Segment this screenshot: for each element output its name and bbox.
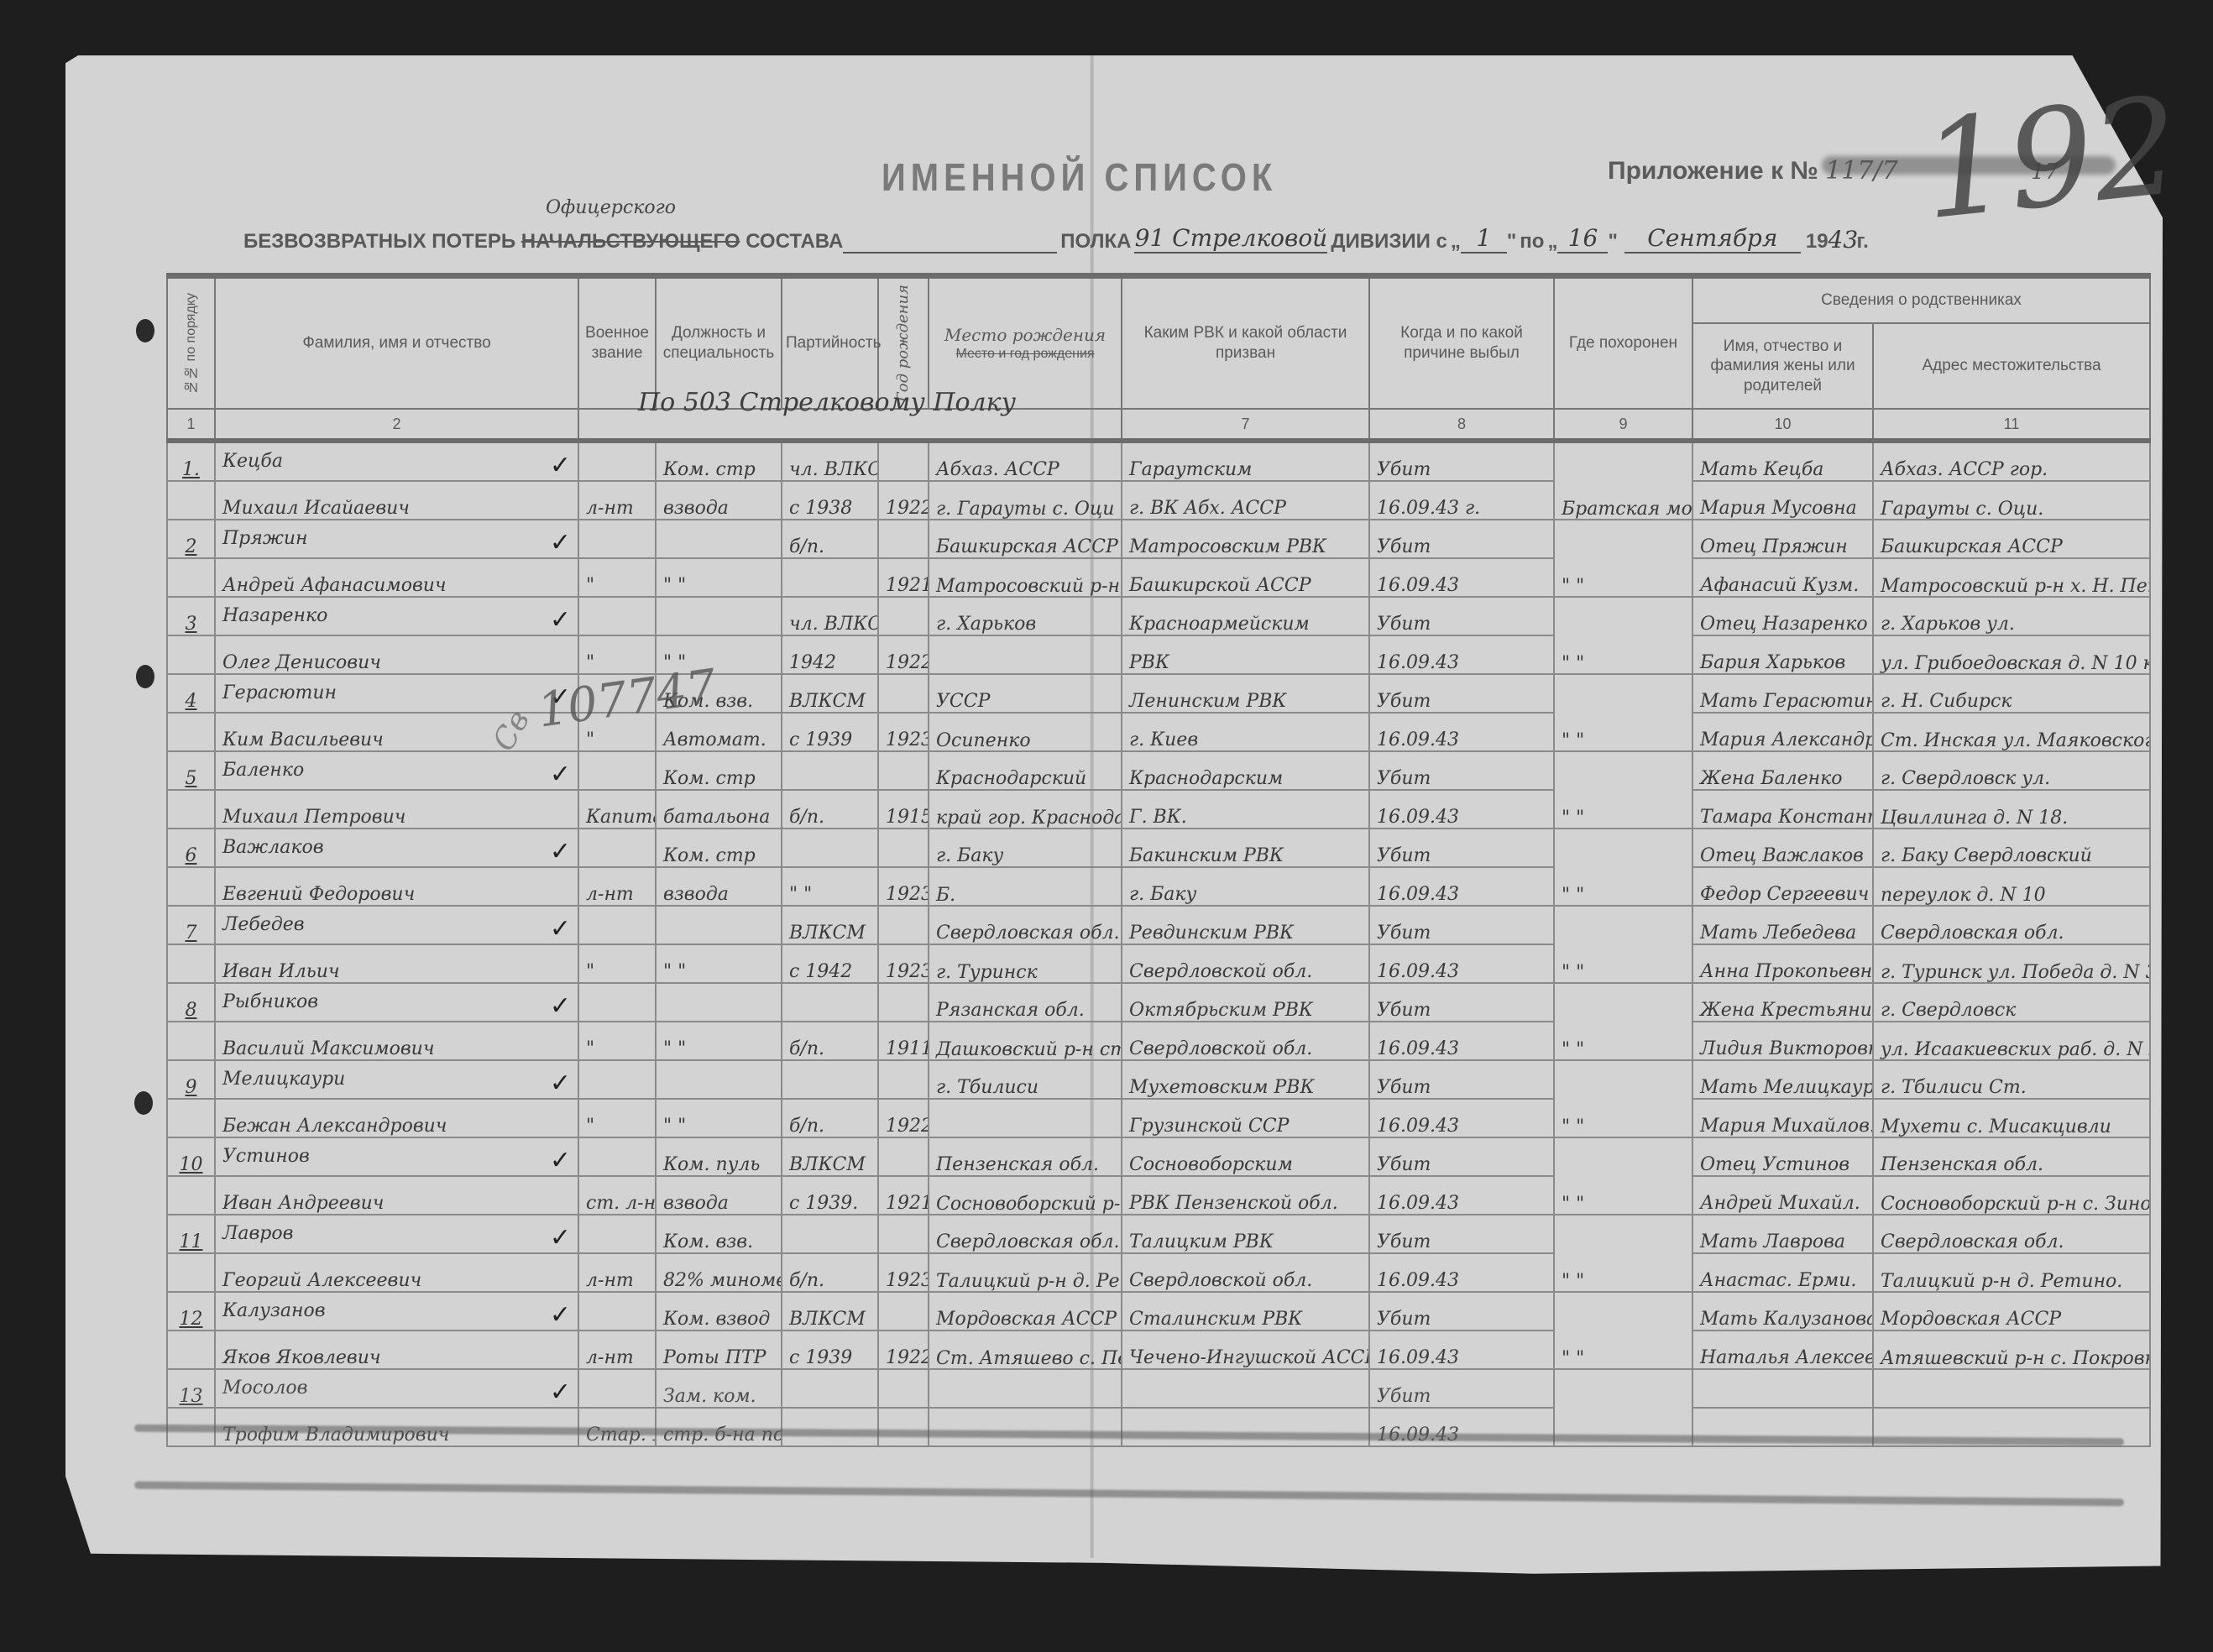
row-number: 5: [167, 751, 215, 790]
birthplace-cell: [929, 1408, 1122, 1446]
relative-cell: Мать Кецба: [1692, 441, 1873, 481]
address-cell: Мухети с. Мисакцивли: [1873, 1099, 2150, 1137]
annex-label: Приложение к №: [1608, 157, 1818, 185]
birth-year-cell: 1922: [878, 1330, 929, 1369]
relative-cell: Мать Калузанова: [1692, 1292, 1873, 1330]
table-row: 8РыбниковРязанская обл.Октябрьским РВКУб…: [167, 983, 2150, 1022]
given-name-cell: Георгий Алексеевич: [215, 1253, 578, 1292]
rvk-cell: Свердловской обл.: [1122, 1022, 1369, 1060]
buried-cell: " ": [1554, 1137, 1692, 1215]
address-cell: Талицкий р-н д. Ретино.: [1873, 1253, 2150, 1292]
surname-cell: Назаренко: [215, 597, 578, 635]
rvk-cell: Свердловской обл.: [1122, 944, 1369, 983]
party-cell: б/п.: [782, 520, 878, 558]
birth-year-cell: [878, 1060, 929, 1099]
party-cell: чл. ВЛКСМ: [782, 441, 878, 481]
rank-cell: ": [578, 1022, 656, 1060]
birth-year-cell: [878, 1215, 929, 1253]
date-to: 16: [1557, 224, 1608, 254]
table-row-continued: Олег Денисович"" "19421922РВК16.09.43Бар…: [167, 635, 2150, 674]
position-cell: " ": [656, 1099, 782, 1137]
inserted-word: Офицерского: [546, 197, 676, 218]
table-row-continued: Иван Ильич"" "с 19421923г. ТуринскСвердл…: [167, 944, 2150, 983]
birth-year-cell: [878, 1137, 929, 1176]
birthplace-cell: УССР: [929, 674, 1122, 713]
position-cell: " ": [656, 558, 782, 597]
relative-cell: Мария Мусовна: [1692, 481, 1873, 520]
birth-year-cell: [878, 597, 929, 635]
surname-cell: Герасютин: [215, 674, 578, 713]
party-cell: ВЛКСМ: [782, 674, 878, 713]
relative-cell: Жена Баленко: [1692, 751, 1873, 790]
when-cell: Убит: [1369, 829, 1554, 867]
address-cell: Башкирская АССР: [1873, 520, 2150, 558]
relative-cell: Афанасий Кузм.: [1692, 558, 1873, 597]
birth-year-cell: 1922: [878, 481, 929, 520]
birth-year-cell: [878, 751, 929, 790]
relative-cell: Лидия Викторовна: [1692, 1022, 1873, 1060]
address-cell: Цвиллинга д. N 18.: [1873, 790, 2150, 829]
year-suffix: 43: [1828, 226, 1857, 254]
birth-year-cell: [878, 520, 929, 558]
division-field: 91 Стрелковой: [1134, 224, 1327, 254]
position-cell: стр. б-на по п/ч.: [656, 1408, 782, 1446]
birth-year-cell: 1915: [878, 790, 929, 829]
birth-year-cell: [878, 983, 929, 1022]
rvk-cell: Мухетовским РВК: [1122, 1060, 1369, 1099]
birth-year-cell: 1923: [878, 1253, 929, 1292]
table-row: 1.КецбаКом. стрчл. ВЛКСМАбхаз. АССРГарау…: [167, 441, 2150, 481]
address-cell: г. Н. Сибирск: [1873, 674, 2150, 713]
birthplace-cell: Свердловская обл.: [929, 906, 1122, 944]
position-cell: Ком. стр: [656, 829, 782, 867]
address-cell: Пензенская обл.: [1873, 1137, 2150, 1176]
birthplace-cell: г. Гарауты с. Оци: [929, 481, 1122, 520]
birthplace-cell: Дашковский р-н стрелецкие в/с: [929, 1022, 1122, 1060]
party-cell: с 1939: [782, 713, 878, 751]
birthplace-cell: Рязанская обл.: [929, 983, 1122, 1022]
party-cell: [782, 1369, 878, 1408]
given-name-cell: Иван Андреевич: [215, 1176, 578, 1215]
table-row: 4ГерасютинКом. взв.ВЛКСМУССРЛенинским РВ…: [167, 674, 2150, 713]
rvk-cell: РВК Пензенской обл.: [1122, 1176, 1369, 1215]
address-cell: Свердловская обл.: [1873, 906, 2150, 944]
address-cell: г. Баку Свердловский: [1873, 829, 2150, 867]
table-row-continued: Георгий Алексеевичл-нт82% минометн.б/п.1…: [167, 1253, 2150, 1292]
party-cell: ВЛКСМ: [782, 1137, 878, 1176]
party-cell: ВЛКСМ: [782, 1292, 878, 1330]
table-row-continued: Евгений Федоровичл-нтвзвода" "1923Б.г. Б…: [167, 867, 2150, 906]
relative-cell: Отец Важлаков: [1692, 829, 1873, 867]
address-cell: Атяшевский р-н с. Покровка: [1873, 1330, 2150, 1369]
surname-cell: Лебедев: [215, 906, 578, 944]
col-num-10: 10: [1692, 409, 1873, 441]
relative-cell: Мать Лебедева: [1692, 906, 1873, 944]
table-row: 11ЛавровКом. взв.Свердловская обл.Талицк…: [167, 1215, 2150, 1253]
buried-cell: " ": [1554, 520, 1692, 597]
rank-cell: [578, 597, 656, 635]
document-title: ИМЕННОЙ СПИСОК: [882, 157, 1277, 201]
position-cell: Ком. стр: [656, 441, 782, 481]
position-cell: Ком. пуль: [656, 1137, 782, 1176]
rvk-cell: Башкирской АССР: [1122, 558, 1369, 597]
relative-cell: Жена Крестьянинова: [1692, 983, 1873, 1022]
surname-cell: Устинов: [215, 1137, 578, 1176]
rvk-cell: Сосновоборским: [1122, 1137, 1369, 1176]
table-row: 3Назаренкочл. ВЛКСМг. ХарьковКрасноармей…: [167, 597, 2150, 635]
table-row: 13МосоловЗам. ком.Убит: [167, 1369, 2150, 1408]
rank-cell: [578, 906, 656, 944]
row-number: 13: [167, 1369, 215, 1408]
birth-year-cell: 1911: [878, 1022, 929, 1060]
rank-cell: [578, 829, 656, 867]
rvk-cell: Сталинским РВК: [1122, 1292, 1369, 1330]
position-cell: [656, 1060, 782, 1099]
table-row: 10УстиновКом. пульВЛКСМПензенская обл.Со…: [167, 1137, 2150, 1176]
rank-cell: л-нт: [578, 481, 656, 520]
header-buried: Где похоронен: [1554, 276, 1692, 410]
relative-cell: Анастас. Ерми.: [1692, 1253, 1873, 1292]
table-row-continued: Яков Яковлевичл-нтРоты ПТРс 19391922Ст. …: [167, 1330, 2150, 1369]
address-cell: г. Харьков ул.: [1873, 597, 2150, 635]
row-number: 2: [167, 520, 215, 558]
buried-cell: " ": [1554, 751, 1692, 829]
birthplace-cell: Краснодарский: [929, 751, 1122, 790]
row-number: 6: [167, 829, 215, 867]
buried-cell: " ": [1554, 829, 1692, 906]
position-cell: Зам. ком.: [656, 1369, 782, 1408]
rank-cell: [578, 751, 656, 790]
party-cell: [782, 1060, 878, 1099]
rank-cell: [578, 1215, 656, 1253]
rank-cell: л-нт: [578, 1253, 656, 1292]
birth-year-cell: [878, 906, 929, 944]
table-row: 12КалузановКом. взводВЛКСММордовская АСС…: [167, 1292, 2150, 1330]
address-cell: г. Тбилиси Ст.: [1873, 1060, 2150, 1099]
col-num-11: 11: [1873, 409, 2150, 441]
rvk-cell: Гараутским: [1122, 441, 1369, 481]
table-row: 2Пряжинб/п.Башкирская АССРМатросовским Р…: [167, 520, 2150, 558]
buried-cell: " ": [1554, 1292, 1692, 1369]
header-address: Адрес местожительства: [1873, 323, 2150, 409]
surname-cell: Баленко: [215, 751, 578, 790]
rank-cell: л-нт: [578, 867, 656, 906]
regiment-label: ПОЛКА: [1060, 230, 1131, 254]
buried-cell: " ": [1554, 597, 1692, 674]
rank-cell: Капитан: [578, 790, 656, 829]
buried-cell: " ": [1554, 906, 1692, 983]
party-cell: чл. ВЛКСМ: [782, 597, 878, 635]
position-cell: Ком. взвод: [656, 1292, 782, 1330]
rank-cell: ": [578, 1099, 656, 1137]
rank-cell: ": [578, 944, 656, 983]
losses-table: №№ по порядку Фамилия, имя и отчество Во…: [166, 273, 2151, 1447]
party-cell: б/п.: [782, 1022, 878, 1060]
position-cell: [656, 520, 782, 558]
when-cell: Убит: [1369, 906, 1554, 944]
party-cell: б/п.: [782, 1253, 878, 1292]
rank-cell: [578, 1060, 656, 1099]
rank-cell: [578, 1137, 656, 1176]
table-row-continued: Иван Андреевичст. л-нтвзводас 1939.1921С…: [167, 1176, 2150, 1215]
punch-hole: [136, 665, 154, 688]
party-cell: с 1938: [782, 481, 878, 520]
address-cell: переулок д. N 10: [1873, 867, 2150, 906]
party-cell: [782, 983, 878, 1022]
birthplace-cell: г. Баку: [929, 829, 1122, 867]
rvk-cell: Г. ВК.: [1122, 790, 1369, 829]
row-number: 9: [167, 1060, 215, 1099]
when-cell: 16.09.43: [1369, 1253, 1554, 1292]
birth-year-cell: [878, 674, 929, 713]
rvk-cell: Талицким РВК: [1122, 1215, 1369, 1253]
relative-cell: Отец Устинов: [1692, 1137, 1873, 1176]
rank-cell: ": [578, 558, 656, 597]
address-cell: Матросовский р-н х. Н. Петровка.: [1873, 558, 2150, 597]
birthplace-cell: г. Тбилиси: [929, 1060, 1122, 1099]
when-cell: 16.09.43: [1369, 944, 1554, 983]
row-number-blank: [167, 635, 215, 674]
position-cell: [656, 597, 782, 635]
when-cell: Убит: [1369, 1060, 1554, 1099]
subtitle-prefix: БЕЗВОЗВРАТНЫХ ПОТЕРЬ: [243, 230, 515, 254]
birthplace-cell: Талицкий р-н д. Ретино: [929, 1253, 1122, 1292]
party-cell: [782, 1215, 878, 1253]
row-number: 1.: [167, 441, 215, 481]
party-cell: с 1939.: [782, 1176, 878, 1215]
address-cell: Абхаз. АССР гор.: [1873, 441, 2150, 481]
date-from: 1: [1461, 224, 1507, 254]
header-name: Фамилия, имя и отчество: [215, 276, 578, 410]
row-number: 3: [167, 597, 215, 635]
table-row: 7ЛебедевВЛКСМСвердловская обл.Ревдинским…: [167, 906, 2150, 944]
when-cell: 16.09.43 г.: [1369, 481, 1554, 520]
birthplace-cell: [929, 635, 1122, 674]
party-cell: б/п.: [782, 790, 878, 829]
when-cell: Убит: [1369, 520, 1554, 558]
rank-cell: [578, 1369, 656, 1408]
rvk-cell: г. Баку: [1122, 867, 1369, 906]
birth-year-cell: [878, 829, 929, 867]
relative-cell: Федор Сергеевич: [1692, 867, 1873, 906]
relative-cell: Анна Прокопьевна: [1692, 944, 1873, 983]
position-cell: Ком. стр: [656, 751, 782, 790]
surname-cell: Важлаков: [215, 829, 578, 867]
party-cell: [782, 829, 878, 867]
division-label: ДИВИЗИИ с: [1331, 230, 1447, 254]
document-subtitle: БЕЗВОЗВРАТНЫХ ПОТЕРЬ НАЧАЛЬСТВУЮЩЕГО СОС…: [243, 220, 2132, 254]
buried-cell: " ": [1554, 1060, 1692, 1137]
address-cell: г. Свердловск ул.: [1873, 751, 2150, 790]
given-name-cell: Евгений Федорович: [215, 867, 578, 906]
when-cell: 16.09.43: [1369, 635, 1554, 674]
row-number-blank: [167, 1253, 215, 1292]
relative-cell: Андрей Михайл.: [1692, 1176, 1873, 1215]
relative-cell: Отец Назаренко: [1692, 597, 1873, 635]
table-row-continued: Михаил Исайаевичл-нтвзводас 19381922г. Г…: [167, 481, 2150, 520]
given-name-cell: Бежан Александрович: [215, 1099, 578, 1137]
table-row-continued: Михаил ПетровичКапитанбатальонаб/п.1915к…: [167, 790, 2150, 829]
address-cell: Гарауты с. Оци.: [1873, 481, 2150, 520]
relative-cell: Мать Мелицкаури: [1692, 1060, 1873, 1099]
address-cell: г. Свердловск: [1873, 983, 2150, 1022]
month-field: Сентября: [1624, 224, 1801, 254]
when-cell: Убит: [1369, 1137, 1554, 1176]
rvk-cell: г. Киев: [1122, 713, 1369, 751]
row-number-blank: [167, 867, 215, 906]
when-cell: Убит: [1369, 1215, 1554, 1253]
position-cell: [656, 906, 782, 944]
relative-cell: Мать Лаврова: [1692, 1215, 1873, 1253]
given-name-cell: Михаил Петрович: [215, 790, 578, 829]
position-cell: Ком. взв.: [656, 1215, 782, 1253]
birthplace-cell: г. Туринск: [929, 944, 1122, 983]
col-num-7: 7: [1122, 409, 1369, 441]
rvk-cell: Октябрьским РВК: [1122, 983, 1369, 1022]
when-cell: Убит: [1369, 751, 1554, 790]
birth-year-cell: 1921: [878, 558, 929, 597]
col-num-2: 2: [215, 409, 578, 441]
birthplace-cell: Свердловская обл.: [929, 1215, 1122, 1253]
surname-cell: Мосолов: [215, 1369, 578, 1408]
when-cell: 16.09.43: [1369, 558, 1554, 597]
relative-cell: Наталья Алексеев.: [1692, 1330, 1873, 1369]
birthplace-cell: Ст. Атяшево с. Петровка: [929, 1330, 1122, 1369]
position-cell: взвода: [656, 481, 782, 520]
birthplace-cell: край гор. Краснодар.: [929, 790, 1122, 829]
row-number-blank: [167, 713, 215, 751]
subtitle-struck: НАЧАЛЬСТВУЮЩЕГО: [521, 230, 740, 254]
position-cell: " ": [656, 944, 782, 983]
birth-year-cell: [878, 441, 929, 481]
header-when: Когда и по какой причине выбыл: [1369, 276, 1554, 410]
birth-year-cell: 1922: [878, 635, 929, 674]
rvk-cell: Свердловской обл.: [1122, 1253, 1369, 1292]
position-cell: 82% минометн.: [656, 1253, 782, 1292]
annex-number: 117/7: [1825, 156, 1897, 186]
rvk-cell: Грузинской ССР: [1122, 1099, 1369, 1137]
position-cell: " ": [656, 1022, 782, 1060]
birth-year-cell: [878, 1292, 929, 1330]
row-number-blank: [167, 481, 215, 520]
rank-cell: [578, 1292, 656, 1330]
rank-cell: [578, 441, 656, 481]
birthplace-cell: [929, 1369, 1122, 1408]
when-cell: Убит: [1369, 1369, 1554, 1408]
buried-cell: Братская могила в центр. село Екатеринов…: [1554, 441, 1692, 520]
position-cell: батальона: [656, 790, 782, 829]
birth-year-cell: 1921: [878, 1176, 929, 1215]
rvk-cell: Ленинским РВК: [1122, 674, 1369, 713]
row-number: 4: [167, 674, 215, 713]
subtitle-suffix: СОСТАВА: [746, 230, 843, 254]
birth-year-cell: 1923: [878, 713, 929, 751]
birthplace-cell: Башкирская АССР: [929, 520, 1122, 558]
punch-hole: [134, 1091, 153, 1115]
given-name-cell: Андрей Афанасимович: [215, 558, 578, 597]
given-name-cell: Иван Ильич: [215, 944, 578, 983]
party-cell: [782, 1408, 878, 1446]
rvk-cell: РВК: [1122, 635, 1369, 674]
party-cell: с 1939: [782, 1330, 878, 1369]
table-row-continued: Василий Максимович"" "б/п.1911Дашковский…: [167, 1022, 2150, 1060]
address-cell: Мордовская АССР: [1873, 1292, 2150, 1330]
year-end: г.: [1857, 230, 1869, 254]
birthplace-cell: Пензенская обл.: [929, 1137, 1122, 1176]
when-cell: 16.09.43: [1369, 790, 1554, 829]
position-cell: [656, 983, 782, 1022]
year-prefix: 19: [1806, 230, 1828, 254]
rvk-cell: Красноармейским: [1122, 597, 1369, 635]
row-number-blank: [167, 1330, 215, 1369]
table-row: 5БаленкоКом. стрКраснодарскийКраснодарск…: [167, 751, 2150, 790]
surname-cell: Лавров: [215, 1215, 578, 1253]
table-row-continued: Ким Васильевич"Автомат.с 19391923Осипенк…: [167, 713, 2150, 751]
address-cell: ул. Исаакиевских раб. д. N 20 кв 2: [1873, 1022, 2150, 1060]
birthplace-cell: Сосновоборский р-н с. Зиновка: [929, 1176, 1122, 1215]
table-row-continued: Андрей Афанасимович"" "1921Матросовский …: [167, 558, 2150, 597]
address-cell: г. Туринск ул. Победа д. N 31: [1873, 944, 2150, 983]
row-number-blank: [167, 558, 215, 597]
birthplace-cell: Б.: [929, 867, 1122, 906]
given-name-cell: Яков Яковлевич: [215, 1330, 578, 1369]
buried-cell: " ": [1554, 674, 1692, 751]
table-row-continued: Бежан Александрович"" "б/п.1922Грузинско…: [167, 1099, 2150, 1137]
rank-cell: [578, 983, 656, 1022]
birth-year-cell: [878, 1369, 929, 1408]
table-row: 6ВажлаковКом. стрг. БакуБакинским РВКУби…: [167, 829, 2150, 867]
surname-cell: Пряжин: [215, 520, 578, 558]
rvk-cell: [1122, 1408, 1369, 1446]
rvk-cell: г. ВК Абх. АССР: [1122, 481, 1369, 520]
relative-cell: Тамара Констант.: [1692, 790, 1873, 829]
position-cell: взвода: [656, 867, 782, 906]
when-cell: Убит: [1369, 597, 1554, 635]
relative-cell: Мария Михайлов.: [1692, 1099, 1873, 1137]
when-cell: 16.09.43: [1369, 1099, 1554, 1137]
relative-cell: Мария Александр.: [1692, 713, 1873, 751]
when-cell: 16.09.43: [1369, 713, 1554, 751]
position-cell: взвода: [656, 1176, 782, 1215]
col-num-1: 1: [167, 409, 215, 441]
row-number: 12: [167, 1292, 215, 1330]
row-number-blank: [167, 790, 215, 829]
rank-cell: л-нт: [578, 1330, 656, 1369]
party-cell: [782, 751, 878, 790]
row-number: 8: [167, 983, 215, 1022]
buried-cell: " ": [1554, 1215, 1692, 1292]
rank-cell: [578, 520, 656, 558]
party-cell: с 1942: [782, 944, 878, 983]
row-number: 10: [167, 1137, 215, 1176]
surname-cell: Мелицкаури: [215, 1060, 578, 1099]
surname-cell: Рыбников: [215, 983, 578, 1022]
given-name-cell: Михаил Исайаевич: [215, 481, 578, 520]
row-number-blank: [167, 1099, 215, 1137]
given-name-cell: Василий Максимович: [215, 1022, 578, 1060]
address-cell: [1873, 1369, 2150, 1408]
row-number-blank: [167, 1176, 215, 1215]
punch-hole: [136, 319, 154, 342]
rvk-cell: [1122, 1369, 1369, 1408]
header-relatives-group: Сведения о родственниках: [1692, 276, 2150, 324]
surname-cell: Калузанов: [215, 1292, 578, 1330]
birthplace-cell: Осипенко: [929, 713, 1122, 751]
birthplace-cell: Мордовская АССР: [929, 1292, 1122, 1330]
birthplace-cell: г. Харьков: [929, 597, 1122, 635]
table-row: 9Мелицкауриг. ТбилисиМухетовским РВКУбит…: [167, 1060, 2150, 1099]
rvk-cell: Ревдинским РВК: [1122, 906, 1369, 944]
